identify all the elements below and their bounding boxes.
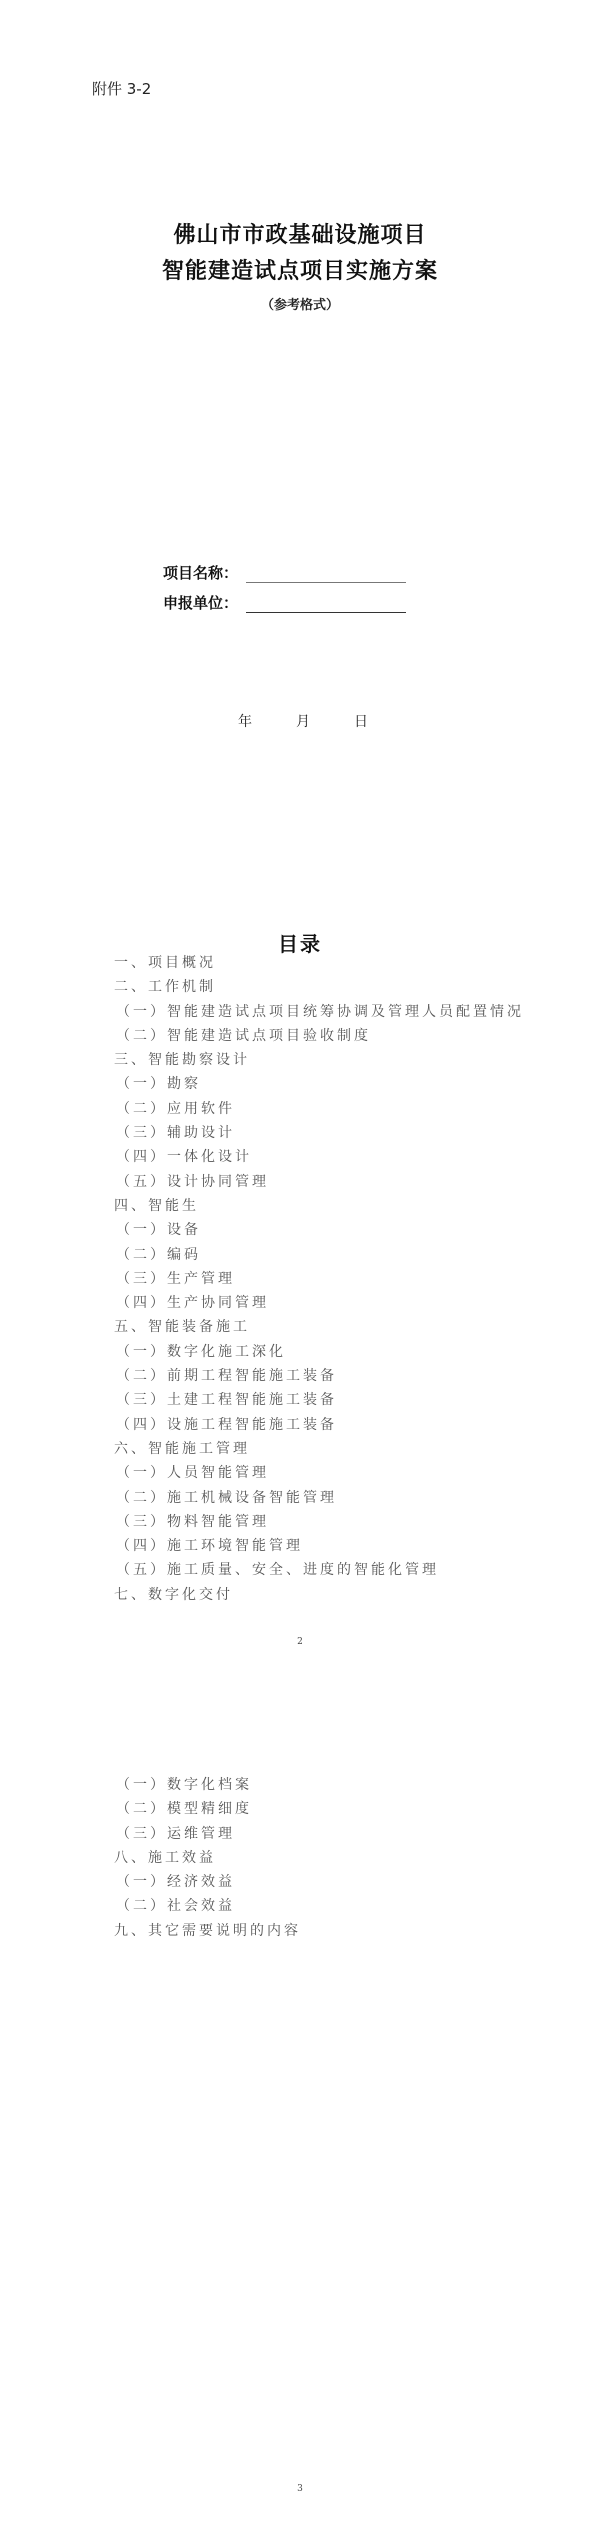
project-name-field[interactable] (246, 566, 406, 583)
toc-item[interactable]: （一）人员智能管理 (114, 1461, 524, 1485)
annex-label: 附件 3-2 (92, 78, 151, 99)
toc-item[interactable]: 四、智能生 (114, 1194, 524, 1218)
applicant-unit-label: 申报单位： (163, 592, 238, 613)
toc-list-page3: （一）数字化档案（二）模型精细度（三）运维管理八、施工效益（一）经济效益（二）社… (114, 1773, 301, 1943)
date-line: 年 月 日 (0, 711, 600, 731)
toc-item[interactable]: （二）前期工程智能施工装备 (114, 1364, 524, 1388)
toc-item[interactable]: （二）施工机械设备智能管理 (114, 1486, 524, 1510)
toc-item[interactable]: （二）应用软件 (114, 1097, 524, 1121)
document-title-line2: 智能建造试点项目实施方案 (0, 254, 600, 285)
toc-item[interactable]: 六、智能施工管理 (114, 1437, 524, 1461)
toc-item[interactable]: （四）一体化设计 (114, 1145, 524, 1169)
toc-item[interactable]: （二）社会效益 (114, 1894, 301, 1918)
toc-item[interactable]: （二）模型精细度 (114, 1797, 301, 1821)
toc-item[interactable]: （一）勘察 (114, 1072, 524, 1096)
project-name-label: 项目名称： (163, 562, 238, 583)
toc-item[interactable]: 五、智能装备施工 (114, 1315, 524, 1339)
toc-item[interactable]: （三）生产管理 (114, 1267, 524, 1291)
applicant-unit-row: 申报单位： (163, 592, 406, 613)
date-month: 月 (296, 711, 310, 731)
toc-item[interactable]: （四）设施工程智能施工装备 (114, 1413, 524, 1437)
toc-item[interactable]: （二）编码 (114, 1243, 524, 1267)
toc-item[interactable]: （一）数字化档案 (114, 1773, 301, 1797)
toc-item[interactable]: 七、数字化交付 (114, 1583, 524, 1607)
toc-item[interactable]: （四）生产协同管理 (114, 1291, 524, 1315)
toc-item[interactable]: （五）设计协同管理 (114, 1170, 524, 1194)
toc-item[interactable]: （二）智能建造试点项目验收制度 (114, 1024, 524, 1048)
toc-item[interactable]: （五）施工质量、安全、进度的智能化管理 (114, 1558, 524, 1582)
toc-item[interactable]: （三）运维管理 (114, 1822, 301, 1846)
toc-item[interactable]: （一）经济效益 (114, 1870, 301, 1894)
project-name-row: 项目名称： (163, 562, 406, 583)
toc-item[interactable]: （四）施工环境智能管理 (114, 1534, 524, 1558)
document-title-line1: 佛山市市政基础设施项目 (0, 218, 600, 249)
date-year: 年 (238, 711, 252, 731)
date-day: 日 (354, 711, 368, 731)
toc-item[interactable]: （三）辅助设计 (114, 1121, 524, 1145)
toc-item[interactable]: 二、工作机制 (114, 975, 524, 999)
page-number: 2 (0, 1637, 600, 1647)
toc-item[interactable]: （一）智能建造试点项目统筹协调及管理人员配置情况 (114, 1000, 524, 1024)
toc-item[interactable]: （一）设备 (114, 1218, 524, 1242)
toc-item[interactable]: （三）土建工程智能施工装备 (114, 1388, 524, 1412)
toc-list-page2: 一、项目概况二、工作机制（一）智能建造试点项目统筹协调及管理人员配置情况（二）智… (114, 951, 524, 1607)
toc-item[interactable]: 八、施工效益 (114, 1846, 301, 1870)
document-subtitle: （参考格式） (0, 294, 600, 313)
toc-item[interactable]: 三、智能勘察设计 (114, 1048, 524, 1072)
toc-item[interactable]: （一）数字化施工深化 (114, 1340, 524, 1364)
toc-item[interactable]: 一、项目概况 (114, 951, 524, 975)
toc-item[interactable]: （三）物料智能管理 (114, 1510, 524, 1534)
toc-item[interactable]: 九、其它需要说明的内容 (114, 1919, 301, 1943)
page-number: 3 (0, 2484, 600, 2494)
applicant-unit-field[interactable] (246, 596, 406, 613)
